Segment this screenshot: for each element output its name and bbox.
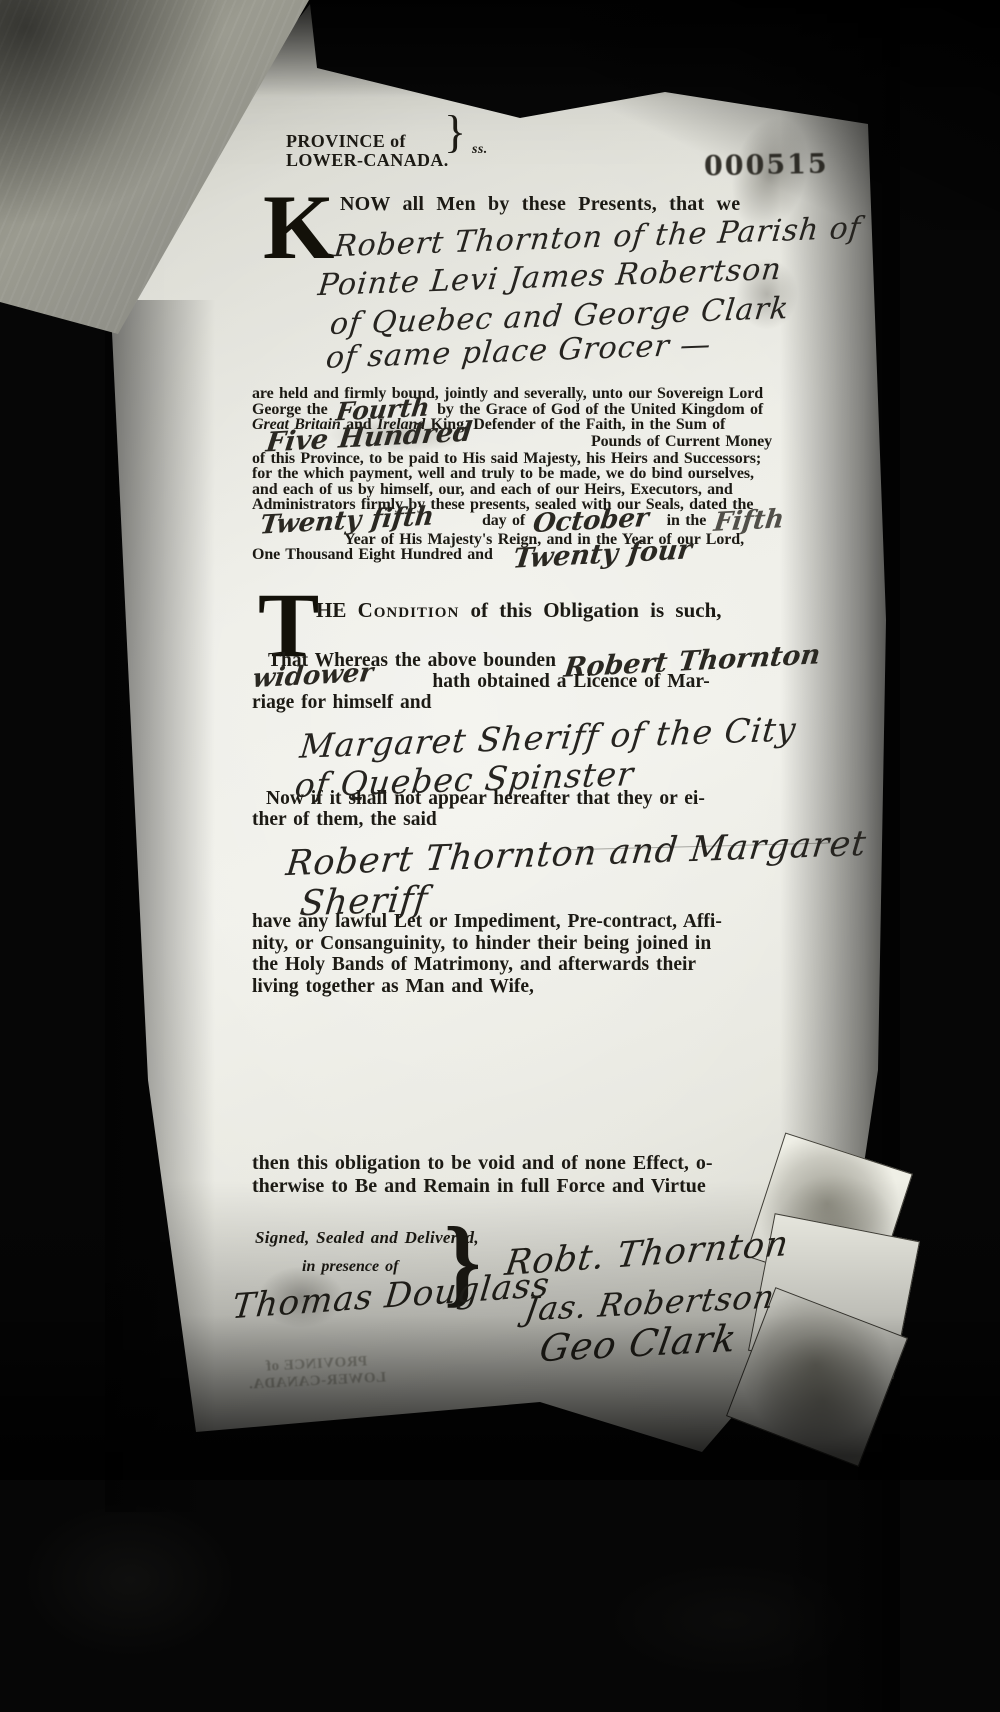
- void-clause: then this obligation to be void and of n…: [252, 1152, 713, 1198]
- bond-line: for the which payment, well and truly to…: [252, 466, 772, 482]
- jurat-ss: ss.: [472, 140, 488, 159]
- ms-parties-line: of Quebec and George Clark: [330, 299, 789, 334]
- stamp-number: 000515: [704, 149, 829, 182]
- showthrough-mirrored-caption: PROVINCE of LOWER-CANADA.: [247, 1352, 386, 1393]
- impediment-line: nity, or Consanguinity, to hinder their …: [252, 933, 722, 955]
- impediment-paragraph: have any lawful Let or Impediment, Pre-c…: [252, 911, 722, 997]
- proviso-line: ther of them, the said: [252, 809, 437, 830]
- province-line1: PROVINCE of: [286, 132, 449, 151]
- whereas-line: riage for himself and: [252, 692, 432, 713]
- ms-parties-line: Robert Thornton of the Parish of: [334, 220, 861, 255]
- bond-line: Twenty fifthday ofOctoberin theFifth: [252, 513, 772, 532]
- opening-line: NOW all Men by these Presents, that we: [340, 193, 740, 216]
- scan-noise: [20, 1500, 240, 1660]
- bond-paragraph: are held and firmly bound, jointly and s…: [252, 386, 772, 563]
- proviso-line: Now if it shall not appear hereafter tha…: [266, 788, 705, 809]
- bond-line: One Thousand Eight Hundred andTwenty fou…: [252, 547, 772, 563]
- jurisdiction-caption: PROVINCE of LOWER-CANADA. } ss.: [286, 132, 449, 170]
- whereas-line: widowerhath obtained a Licence of Mar-: [252, 671, 764, 692]
- scanned-document-canvas: PROVINCE of LOWER-CANADA. } ss. 000515 K…: [0, 0, 1000, 1712]
- bond-line: Five HundredPounds of Current Money: [252, 433, 772, 451]
- void-line: then this obligation to be void and of n…: [252, 1152, 713, 1175]
- province-line2: LOWER-CANADA.: [286, 151, 449, 170]
- impediment-line: living together as Man and Wife,: [252, 976, 722, 998]
- ms-parties-line: Pointe Levi James Robertson: [318, 260, 782, 295]
- dropcap-k: K: [263, 192, 335, 262]
- ms-bride-line: Margaret Sheriff of the City: [300, 718, 797, 757]
- attestation-line2: in presence of: [302, 1258, 398, 1276]
- scan-noise: [600, 1560, 860, 1680]
- bond-line: and each of us by himself, our, and each…: [252, 482, 772, 498]
- ms-couple-line: Robert Thornton and Margaret: [286, 834, 867, 874]
- impediment-line: the Holy Bands of Matrimony, and afterwa…: [252, 954, 722, 976]
- bond-line: are held and firmly bound, jointly and s…: [252, 386, 772, 402]
- condition-heading: HE Condition of this Obligation is such,: [316, 598, 722, 623]
- void-line: therwise to Be and Remain in full Force …: [252, 1175, 713, 1198]
- caption-brace: }: [444, 122, 466, 141]
- ms-parties-line: of same place Grocer —: [326, 334, 711, 369]
- bond-line: George theFourthby the Grace of God of t…: [252, 402, 772, 418]
- impediment-line: have any lawful Let or Impediment, Pre-c…: [252, 911, 722, 933]
